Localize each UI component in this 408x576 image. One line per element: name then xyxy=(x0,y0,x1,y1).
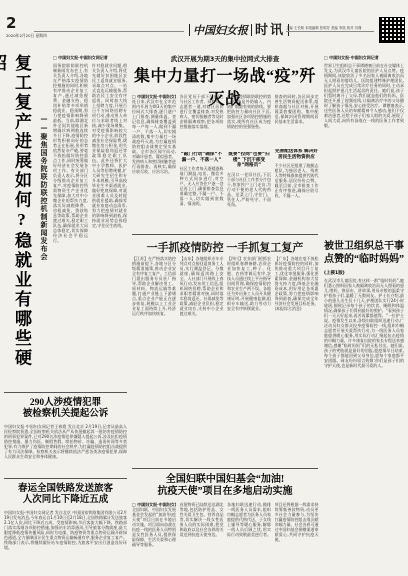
railway-headline-line2: 人次同比下降近五成 xyxy=(4,495,127,507)
masthead-title: 中国妇女报 xyxy=(193,25,248,37)
wuhan-subhead-1: “敲门行动”确保“不漏一户、不落一人” xyxy=(180,152,224,163)
wuhan-col2-text-b: 社区工作者每天逐楼逐栋敲门测温,电话、微信多种方式同步进行,对空户、无人应答住户… xyxy=(180,166,224,206)
fund-col1-text: 全国妇联、中国妇女发展基金会发起的“加油!抗疫天使”项目日前在多地启动实施。项目… xyxy=(132,507,176,547)
fund-column-1: □ 中国妇女报·中国妇女网记者 全国妇联、中国妇女发展基金会发起的“加油!抗疫天… xyxy=(132,502,176,574)
fund-column-2: 首批物资已陆续送达湖北等地,包括防护用品、女性关爱卫生包、营养食品等,切实解决一… xyxy=(180,502,224,574)
wuhan-col1-text: 连日来,武汉市在全市范围内开展为期3天的集中拉网式大排查,逐门逐户上门排查,测量… xyxy=(132,99,176,174)
masthead: 中国妇女报时讯 xyxy=(186,19,282,38)
fund-column-3: 各地妇联迅速行动,摸排一线医务人员需求,组织巾帼志愿者为医务人员家庭提供代购代送… xyxy=(227,502,271,574)
header-rule-left xyxy=(34,31,184,32)
crime-headline-line1: 290人涉疫情犯罪 xyxy=(4,398,127,410)
crime-body: 中国妇女报·中国妇女网记者王春霞 发自北京 2月19日,记者从最高人民检察院获悉… xyxy=(4,424,127,472)
wuhan-column-4: 排查的同时,各区同步完善生活物资配送体系,组织商超与社区对接,开展蔬菜套餐团购、… xyxy=(275,94,319,232)
fund-headline-line1: 全国妇联中国妇基会“加油! xyxy=(132,474,318,486)
mothers-headline-line1: 被世卫组织总干事 xyxy=(324,241,404,253)
header-rule-right xyxy=(286,31,374,32)
dual-headline: 一手抓疫情防控 一手抓复工复产 xyxy=(132,239,318,255)
crime-headline-line2: 被检察机关提起公诉 xyxy=(4,409,127,421)
fund-column-4: 项目还将根据一线需求持续筹集善款物资,动员更多社会力量参与,为坚决打赢疫情防控阻… xyxy=(275,502,319,574)
masthead-bar-mid xyxy=(251,24,252,36)
wuhan-column-1: □ 中国妇女报·中国妇女网记者 强洪 连日来,武汉市在全市范围内开展为期3天的集… xyxy=(132,94,176,232)
page-date: 2020年2月20日 星期四 xyxy=(6,33,47,39)
dual-column-2: 【山东】各地组织专车专列点对点接回返岗务工人员,实行测温登记、分散就座,确保返岗… xyxy=(180,256,224,464)
divider-center-2 xyxy=(132,468,318,469)
divider-left-1 xyxy=(4,392,127,393)
wuhan-column-2: 各区党员干部下沉社区,与社区工作者、网格员、志愿者一道,对辖区居民进行全覆盖排查… xyxy=(180,94,224,232)
fund-headline-line2: 抗疫天使”项目在多地启动实施 xyxy=(132,486,318,498)
railway-body: 中国妇女报·中国妇女网记者 发自北京 中国国家铁路集团有限公司2月19日发布消息… xyxy=(4,510,127,572)
wuhan-col3-text-b: 在汉口一老旧社区,下沉干部与社区工作者分片包干,挨家挨户上门走访,为行动不便的老… xyxy=(227,172,271,207)
dual-column-1: 【江苏】在严格落实防控措施前提下,各地分区分级精准施策,推动企业安全有序复工复产… xyxy=(132,256,176,464)
focus-byline: □ 中国妇女报·中国妇女网记者 xyxy=(53,55,127,60)
wuhan-col4-text-b: 不少社区还组建了跑腿志愿队,为独居老人、残疾人等特殊群体提供代购代送服务,居民纷… xyxy=(275,163,319,198)
mothers-body-top: 世界卫生组织总干事谭德塞日前在社交媒体上发文,为武汉市儿童医院的医护人员点赞。疫… xyxy=(324,63,404,233)
dual-column-3: 【四川】农业部门抢抓农时组织春耕备耕,农资企业加快复工,种子、化肥、农药等调运有… xyxy=(227,256,271,464)
focus-column-2: 针对稳就业问题,相关负责人介绍,将优先做好贫困地区农民工返岗就业服务,采取点对点… xyxy=(92,63,127,388)
wuhan-kicker: 武汉开展为期3天的集中拉网式大排查 xyxy=(132,54,318,63)
wuhan-subhead-2: 既要“拉网”也要“扫楼” 下沉干部变身“网格员” xyxy=(227,152,271,169)
railway-headline-line1: 春运全国铁路发送旅客 xyxy=(4,484,127,496)
masthead-bar-left xyxy=(189,24,190,36)
divider-left-2 xyxy=(4,478,127,479)
editor-credits: 主编 王长路 本版编辑 张明芳 美编 李凯 校对 闫瑾 xyxy=(286,25,376,30)
mothers-continued-tag: (上接1版) xyxy=(324,270,404,276)
mothers-headline-line2: 点赞的“临时妈妈” xyxy=(324,254,404,266)
dual-column-4: 【广东】各地在毫不放松抓好疫情防控的同时,加快推动重大项目开工复工,优化审批服务… xyxy=(275,256,319,464)
wuhan-col2-text-a: 各区党员干部下沉社区,与社区工作者、网格员、志愿者一道,对辖区居民进行全覆盖排查… xyxy=(180,94,224,149)
wuhan-subhead-3: 完善配送体系 解决好居民生活物资供应 xyxy=(275,149,319,160)
mothers-byline: □ 中国妇女报·中国妇女网记者 xyxy=(324,55,404,60)
focus-column-1: 国务院联防联控机制新闻发布会上,有关负责人介绍,各地在严格落实疫情防控措施的同时… xyxy=(53,63,88,388)
focus-vertical-subtitle: ——聚焦国务院联防联控机制新闻发布会 xyxy=(37,115,49,365)
wuhan-column-3: 社区是疫情联防联控的第一线,也是外防输入、内防扩散最有效的防线。要把防控力量向社… xyxy=(227,94,271,232)
focus-vertical-headline: 复工复产进展如何?稳就业有哪些硬招? xyxy=(4,54,34,388)
page-number: 2 xyxy=(6,14,16,32)
qr-code xyxy=(380,18,404,42)
newspaper-page: 2 2020年2月20日 星期四 中国妇女报时讯 主编 王长路 本版编辑 张明芳… xyxy=(0,0,408,576)
wuhan-col4-text-a: 排查的同时,各区同步完善生活物资配送体系,组织商超与社区对接,开展蔬菜套餐团购、… xyxy=(275,94,319,146)
mothers-body-main: 在武汉市儿童医院,有这样一群“临时妈妈”,她们悉心照料因家人被隔离收治而无人照看… xyxy=(324,278,404,572)
divider-center-1 xyxy=(132,234,318,235)
section-title: 时讯 xyxy=(255,23,285,38)
wuhan-col3-text-a: 社区是疫情联防联控的第一线,也是外防输入、内防扩散最有效的防线。要把防控力量向社… xyxy=(227,94,271,149)
